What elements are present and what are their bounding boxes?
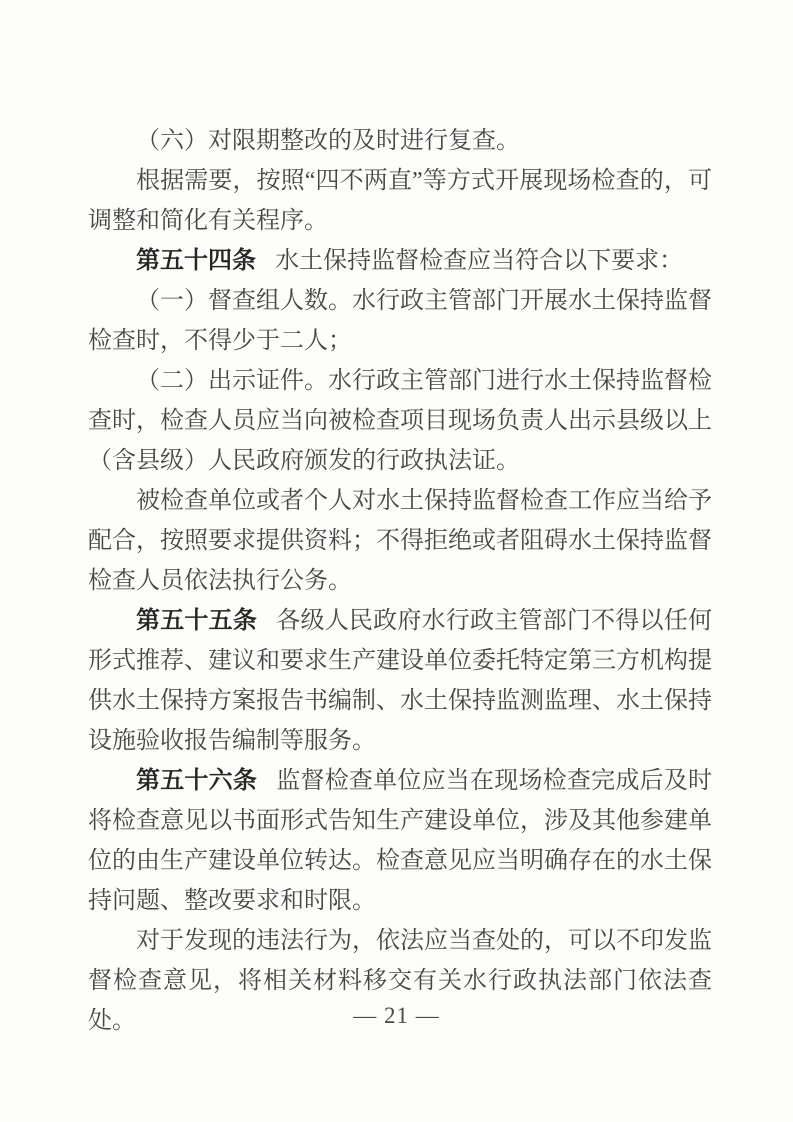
paragraph-text: （二）出示证件。水行政主管部门进行水土保持监督检查时，检查人员应当向被检查项目现… <box>88 368 712 474</box>
paragraph: （六）对限期整改的及时进行复查。 <box>88 121 712 161</box>
paragraph-article-54: 第五十四条水土保持监督检查应当符合以下要求： <box>88 241 712 281</box>
paragraph-article-56: 第五十六条监督检查单位应当在现场检查完成后及时将检查意见以书面形式告知生产建设单… <box>88 761 712 921</box>
article-number: 第五十四条 <box>136 248 256 274</box>
paragraph-text: 根据需要，按照“四不两直”等方式开展现场检查的，可调整和简化有关程序。 <box>88 168 712 234</box>
paragraph-text: 水土保持监督检查应当符合以下要求： <box>275 248 683 274</box>
paragraph-text: （六）对限期整改的及时进行复查。 <box>136 128 520 154</box>
page-number: — 21 — <box>0 1002 793 1030</box>
document-body: （六）对限期整改的及时进行复查。 根据需要，按照“四不两直”等方式开展现场检查的… <box>88 121 712 1041</box>
paragraph-text: （一）督查组人数。水行政主管部门开展水土保持监督检查时，不得少于二人； <box>88 288 712 354</box>
paragraph: 根据需要，按照“四不两直”等方式开展现场检查的，可调整和简化有关程序。 <box>88 161 712 241</box>
article-number: 第五十五条 <box>136 608 257 634</box>
paragraph-article-55: 第五十五条各级人民政府水行政主管部门不得以任何形式推荐、建议和要求生产建设单位委… <box>88 601 712 761</box>
paragraph-text: 被检查单位或者个人对水土保持监督检查工作应当给予配合，按照要求提供资料；不得拒绝… <box>88 488 712 594</box>
paragraph: （一）督查组人数。水行政主管部门开展水土保持监督检查时，不得少于二人； <box>88 281 712 361</box>
paragraph: 被检查单位或者个人对水土保持监督检查工作应当给予配合，按照要求提供资料；不得拒绝… <box>88 481 712 601</box>
article-number: 第五十六条 <box>136 768 257 794</box>
document-page: （六）对限期整改的及时进行复查。 根据需要，按照“四不两直”等方式开展现场检查的… <box>0 0 793 1122</box>
paragraph: （二）出示证件。水行政主管部门进行水土保持监督检查时，检查人员应当向被检查项目现… <box>88 361 712 481</box>
